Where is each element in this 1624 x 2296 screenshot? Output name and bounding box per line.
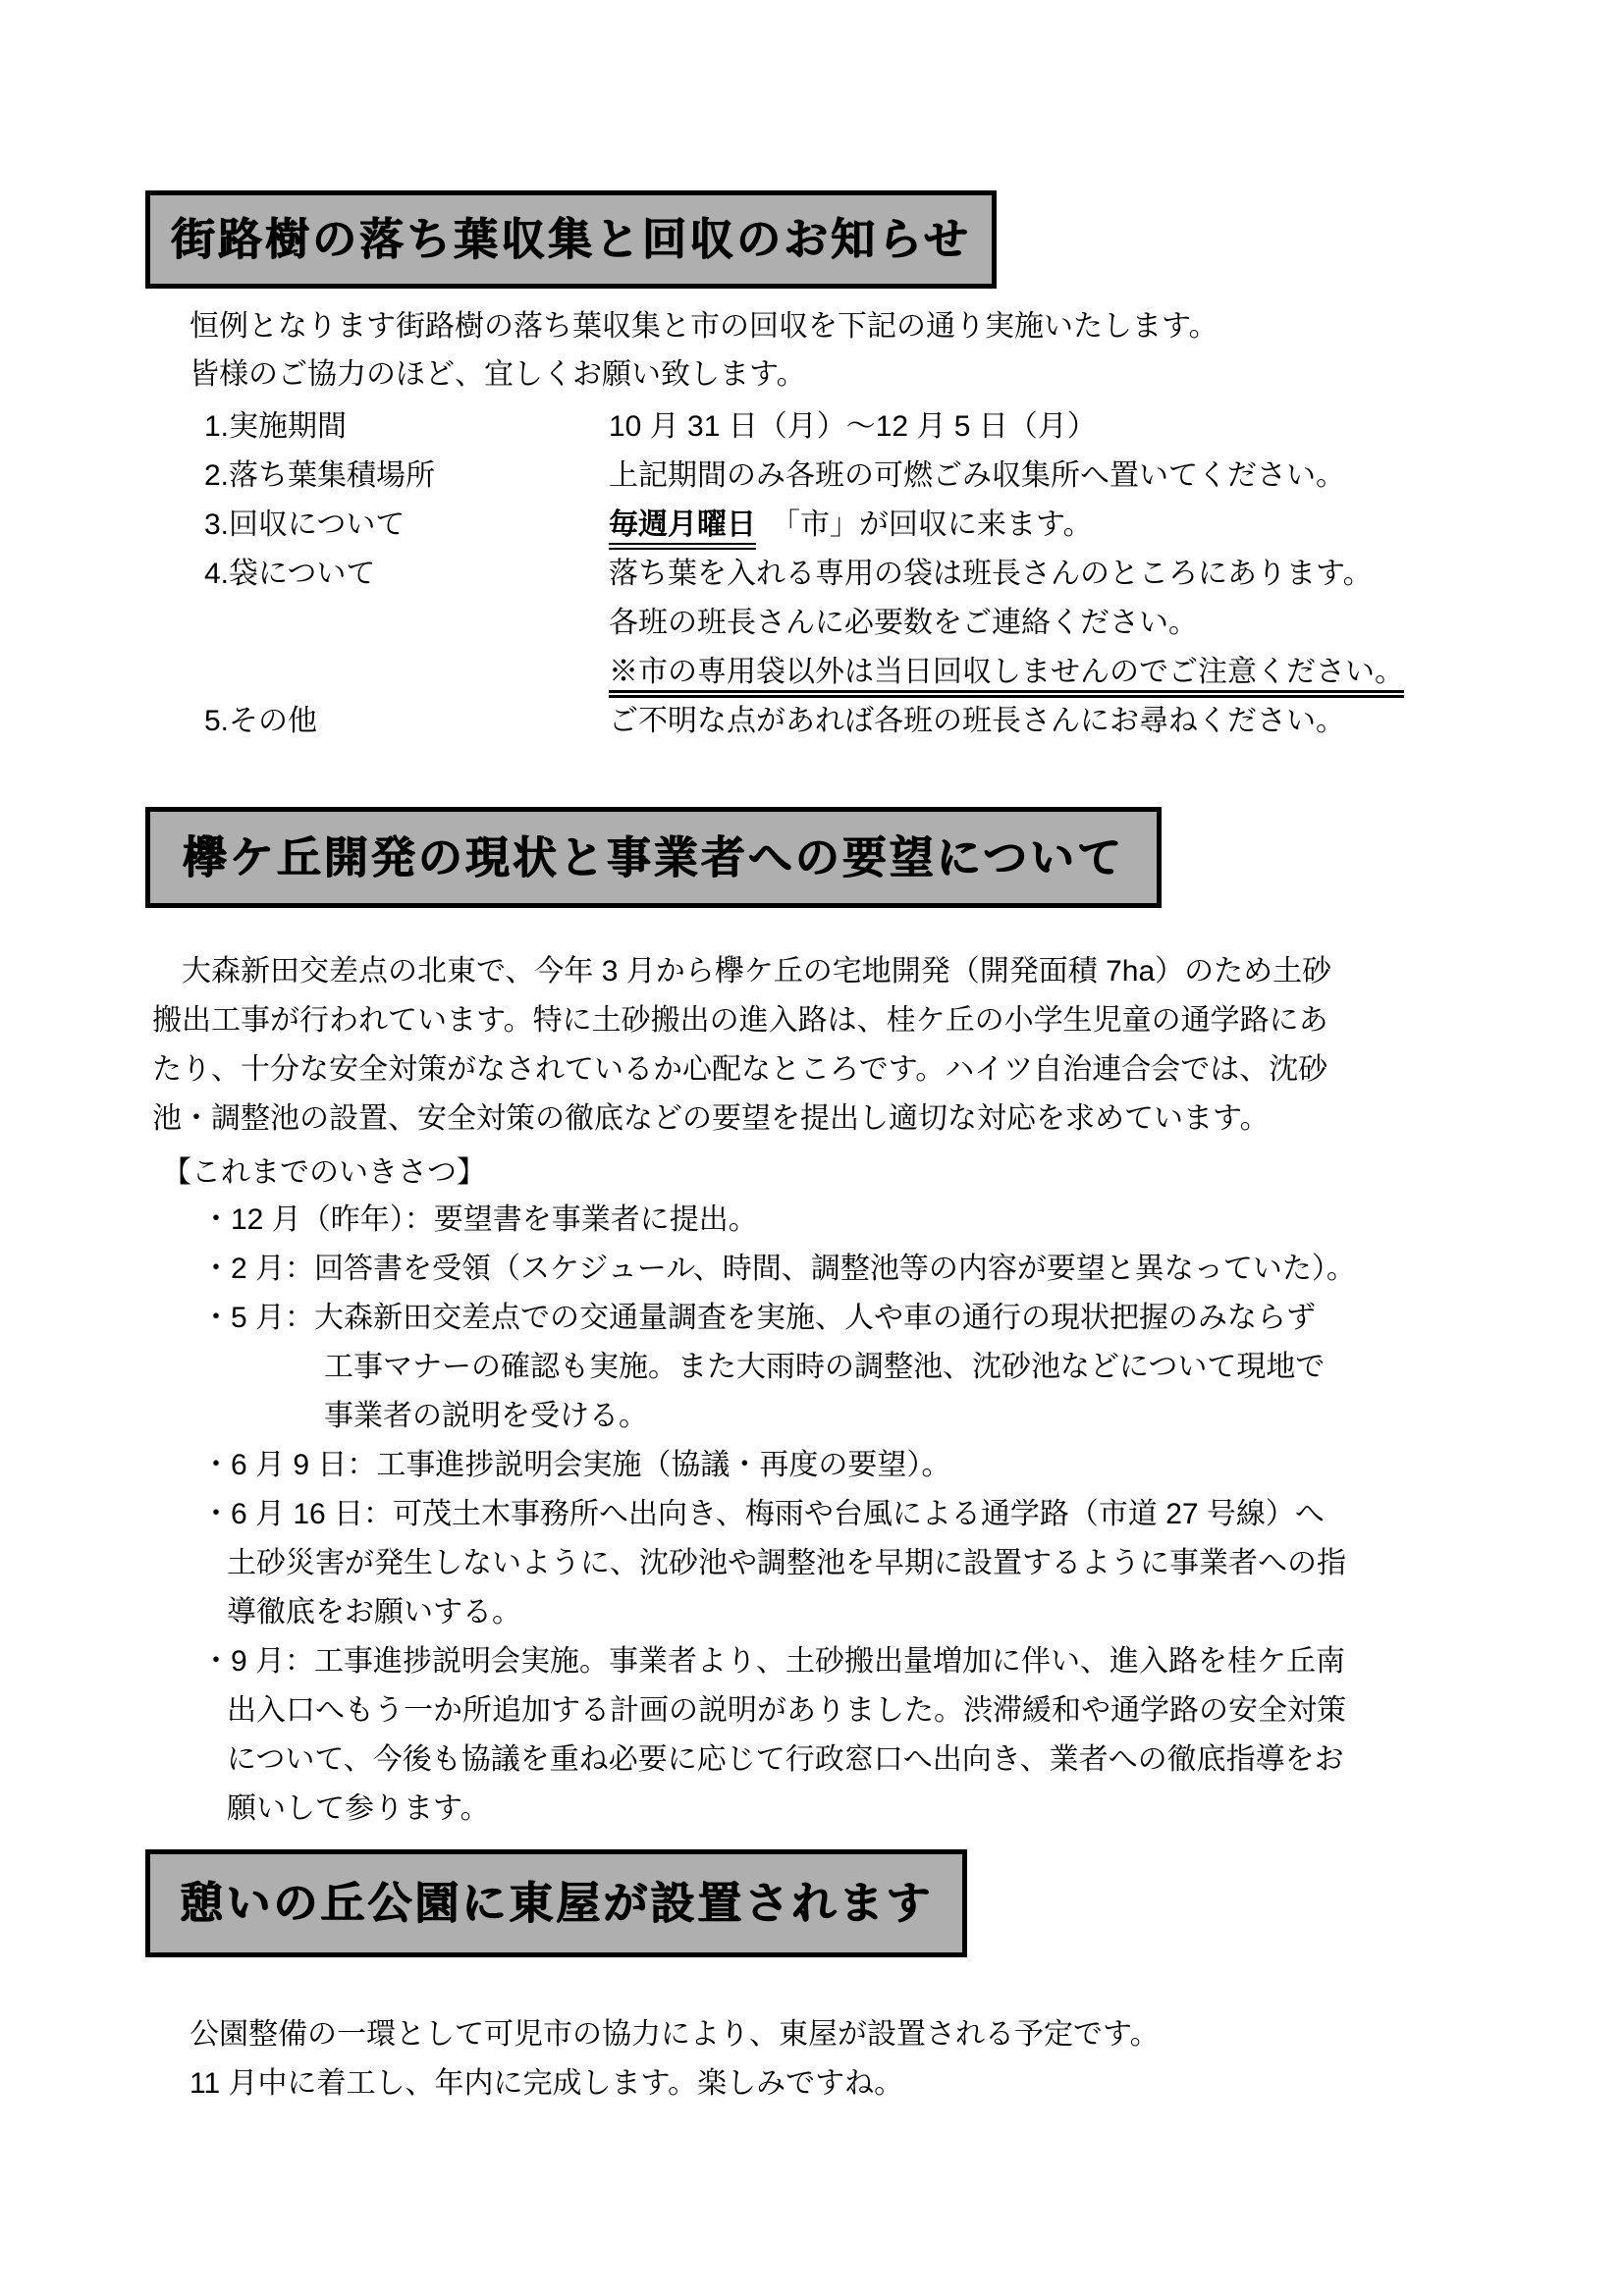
paragraph-line: 大森新田交差点の北東で、今年 3 月から欅ケ丘の宅地開発（開発面積 7ha）のた…	[152, 947, 1331, 996]
history-list: ・12 月（昨年）：要望書を事業者に提出。 ・2 月：回答書を受領（スケジュール…	[201, 1196, 1356, 1834]
section3-line1: 公園整備の一環として可児市の協力により、東屋が設置される予定です。	[189, 2010, 1160, 2059]
list-item-value: ご不明な点があれば各班の班長さんにお尋ねください。	[609, 697, 1345, 746]
list-item-value-line-warning: ※市の専用袋以外は当日回収しませんのでご注意ください。	[609, 648, 1404, 697]
section2-paragraph: 大森新田交差点の北東で、今年 3 月から欅ケ丘の宅地開発（開発面積 7ha）のた…	[152, 947, 1331, 1144]
history-item-line: 土砂災害が発生しないように、沈砂池や調整池を早期に設置するように事業者への指	[201, 1539, 1356, 1588]
list-item-value: 落ち葉を入れる専用の袋は班長さんのところにあります。 各班の班長さんに必要数をご…	[609, 550, 1404, 697]
history-item-may: ・5 月：大森新田交差点での交通量調査を実施、人や車の通行の現状把握のみならず …	[201, 1294, 1356, 1441]
section1-header-box: 街路樹の落ち葉収集と回収のお知らせ	[145, 190, 997, 289]
newsletter-page: 街路樹の落ち葉収集と回収のお知らせ 恒例となります街路樹の落ち葉収集と市の回収を…	[0, 0, 1624, 2296]
history-item-line: 工事マナーの確認も実施。また大雨時の調整池、沈砂池などについて現地で	[201, 1343, 1356, 1392]
history-item-line: 事業者の説明を受ける。	[201, 1392, 1356, 1441]
history-item-line: ・12 月（昨年）：要望書を事業者に提出。	[201, 1196, 1356, 1245]
section1-title: 街路樹の落ち葉収集と回収のお知らせ	[171, 215, 971, 264]
history-item-sep: ・9 月：工事進捗説明会実施。事業者より、土砂搬出量増加に伴い、進入路を桂ケ丘南…	[201, 1637, 1356, 1834]
list-item-label: 1.実施期間	[204, 402, 609, 452]
list-item-bags: 4.袋について 落ち葉を入れる専用の袋は班長さんのところにあります。 各班の班長…	[204, 550, 1404, 697]
list-item-value-rest: 「市」が回収に来ます。	[756, 508, 1093, 541]
history-item-line: 導徹底をお願いする。	[201, 1588, 1356, 1637]
history-item-dec: ・12 月（昨年）：要望書を事業者に提出。	[201, 1196, 1356, 1245]
list-item-value-line: 落ち葉を入れる専用の袋は班長さんのところにあります。	[609, 550, 1404, 599]
section3-line2: 11 月中に着工し、年内に完成します。楽しみですね。	[189, 2059, 1160, 2109]
history-item-jun9: ・6 月 9 日：工事進捗説明会実施（協議・再度の要望）。	[201, 1441, 1356, 1490]
section1-intro: 恒例となります街路樹の落ち葉収集と市の回収を下記の通り実施いたします。 皆様のご…	[189, 302, 1218, 399]
history-item-line: ・6 月 9 日：工事進捗説明会実施（協議・再度の要望）。	[201, 1441, 1356, 1490]
list-item-pile-place: 2.落ち葉集積場所 上記期間のみ各班の可燃ごみ収集所へ置いてください。	[204, 452, 1404, 501]
list-item-value: 毎週月曜日 「市」が回収に来ます。	[609, 501, 1093, 550]
section1-intro-line1: 恒例となります街路樹の落ち葉収集と市の回収を下記の通り実施いたします。	[189, 302, 1218, 350]
list-item-period: 1.実施期間 10 月 31 日（月）～12 月 5 日（月）	[204, 402, 1404, 452]
list-item-collection: 3.回収について 毎週月曜日 「市」が回収に来ます。	[204, 501, 1404, 550]
history-item-line: ・2 月：回答書を受領（スケジュール、時間、調整池等の内容が要望と異なっていた）…	[201, 1245, 1356, 1294]
list-item-other: 5.その他 ご不明な点があれば各班の班長さんにお尋ねください。	[204, 697, 1404, 746]
list-item-label: 5.その他	[204, 697, 609, 746]
list-item-value: 10 月 31 日（月）～12 月 5 日（月）	[609, 402, 1097, 452]
history-item-line: ・5 月：大森新田交差点での交通量調査を実施、人や車の通行の現状把握のみならず	[201, 1294, 1356, 1343]
section2-header-box: 欅ケ丘開発の現状と事業者への要望について	[145, 807, 1162, 908]
emphasized-underlined-text: 毎週月曜日	[609, 508, 756, 550]
history-item-jun16: ・6 月 16 日：可茂土木事務所へ出向き、梅雨や台風による通学路（市道 27 …	[201, 1490, 1356, 1637]
section1-list: 1.実施期間 10 月 31 日（月）～12 月 5 日（月） 2.落ち葉集積場…	[204, 402, 1404, 746]
history-item-line: 願いして参ります。	[201, 1785, 1356, 1834]
warning-underlined-text: ※市の専用袋以外は当日回収しませんのでご注意ください。	[609, 656, 1404, 698]
history-item-line: ・6 月 16 日：可茂土木事務所へ出向き、梅雨や台風による通学路（市道 27 …	[201, 1490, 1356, 1539]
section3-header-box: 憩いの丘公園に東屋が設置されます	[145, 1849, 967, 1957]
history-item-line: 出入口へもう一か所追加する計画の説明がありました。渋滞緩和や通学路の安全対策	[201, 1686, 1356, 1735]
history-item-line: について、今後も協議を重ね必要に応じて行政窓口へ出向き、業者への徹底指導をお	[201, 1735, 1356, 1785]
section2-title: 欅ケ丘開発の現状と事業者への要望について	[183, 833, 1124, 882]
history-item-line: ・9 月：工事進捗説明会実施。事業者より、土砂搬出量増加に伴い、進入路を桂ケ丘南	[201, 1637, 1356, 1686]
list-item-label: 3.回収について	[204, 501, 609, 550]
section3-title: 憩いの丘公園に東屋が設置されます	[179, 1879, 933, 1928]
list-item-label: 4.袋について	[204, 550, 609, 697]
section3-body: 公園整備の一環として可児市の協力により、東屋が設置される予定です。 11 月中に…	[189, 2010, 1160, 2109]
list-item-value: 上記期間のみ各班の可燃ごみ収集所へ置いてください。	[609, 452, 1345, 501]
paragraph-line: たり、十分な安全対策がなされているか心配なところです。ハイツ自治連合会では、沈砂	[152, 1045, 1331, 1095]
history-title: 【これまでのいきさつ】	[162, 1148, 486, 1198]
paragraph-line: 池・調整池の設置、安全対策の徹底などの要望を提出し適切な対応を求めています。	[152, 1095, 1331, 1144]
list-item-label: 2.落ち葉集積場所	[204, 452, 609, 501]
list-item-value-line: 各班の班長さんに必要数をご連絡ください。	[609, 599, 1404, 648]
paragraph-line: 搬出工事が行われています。特に土砂搬出の進入路は、桂ケ丘の小学生児童の通学路にあ	[152, 996, 1331, 1045]
history-item-feb: ・2 月：回答書を受領（スケジュール、時間、調整池等の内容が要望と異なっていた）…	[201, 1245, 1356, 1294]
section1-intro-line2: 皆様のご協力のほど、宜しくお願い致します。	[189, 350, 1218, 399]
